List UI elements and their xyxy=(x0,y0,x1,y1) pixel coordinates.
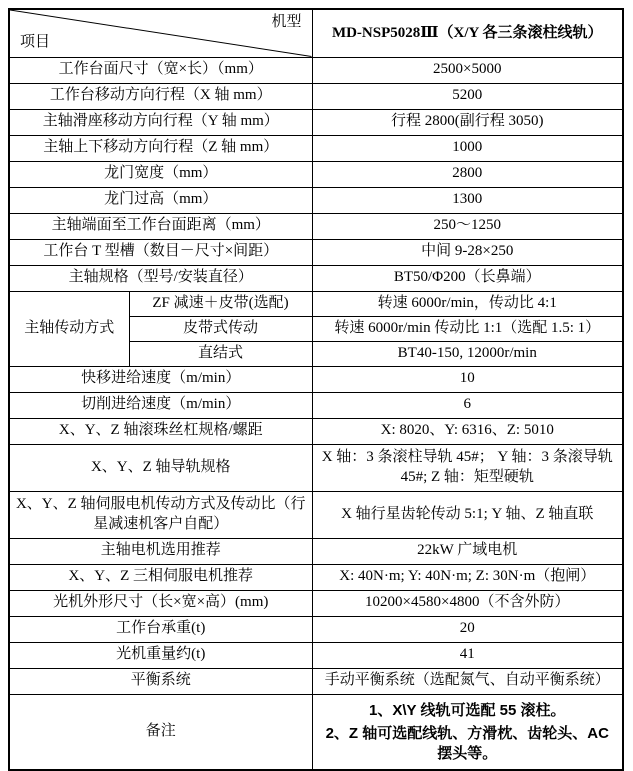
row-label: 工作台面尺寸（宽×长）（mm） xyxy=(9,57,312,83)
row-value: 250～1250 xyxy=(312,213,623,239)
note-line: 1、X\Y 线轨可选配 55 滚柱。 xyxy=(317,701,619,721)
drive-group-label: 主轴传动方式 xyxy=(9,291,129,366)
corner-header-cell: 机型 项目 xyxy=(9,9,312,57)
spec-sheet-page: 机型 项目 MD-NSP5028Ⅲ（X/Y 各三条滚柱线轨） 工作台面尺寸（宽×… xyxy=(0,0,633,749)
row-value: 行程 2800(副行程 3050) xyxy=(312,109,623,135)
row-value: 2500×5000 xyxy=(312,57,623,83)
row-label: 工作台承重(t) xyxy=(9,616,312,642)
row-value: 22kW 广域电机 xyxy=(312,538,623,564)
drive-sub-label: 直结式 xyxy=(129,341,312,366)
row-label: 工作台移动方向行程（X 轴 mm） xyxy=(9,83,312,109)
drive-sub-label: 皮带式传动 xyxy=(129,316,312,341)
corner-label-item: 项目 xyxy=(20,33,50,53)
row-label: X、Y、Z 三相伺服电机推荐 xyxy=(9,564,312,590)
table-row: X、Y、Z 轴导轨规格X 轴：3 条滚柱导轨 45#； Y 轴：3 条滚导轨 4… xyxy=(9,444,623,491)
row-label: 光机重量约(t) xyxy=(9,642,312,668)
row-label: 主轴上下移动方向行程（Z 轴 mm） xyxy=(9,135,312,161)
table-row: 工作台面尺寸（宽×长）（mm）2500×5000 xyxy=(9,57,623,83)
table-row: 工作台承重(t)20 xyxy=(9,616,623,642)
row-label: 主轴滑座移动方向行程（Y 轴 mm） xyxy=(9,109,312,135)
table-row: 主轴规格（型号/安装直径）BT50/Φ200（长鼻端） xyxy=(9,265,623,291)
table-row-notes: 备注 1、X\Y 线轨可选配 55 滚柱。 2、Z 轴可选配线轨、方滑枕、齿轮头… xyxy=(9,694,623,770)
row-value: X: 40N·m; Y: 40N·m; Z: 30N·m（抱闸） xyxy=(312,564,623,590)
row-label: 工作台 T 型槽（数目－尺寸×间距） xyxy=(9,239,312,265)
row-value: 2800 xyxy=(312,161,623,187)
row-label: 主轴规格（型号/安装直径） xyxy=(9,265,312,291)
table-row-drive-group: 主轴传动方式 ZF 减速＋皮带(选配) 转速 6000r/min，传动比 4:1 xyxy=(9,291,623,316)
row-label: 切削进给速度（m/min） xyxy=(9,392,312,418)
table-row: 龙门宽度（mm）2800 xyxy=(9,161,623,187)
row-label: 主轴端面至工作台面距离（mm） xyxy=(9,213,312,239)
table-row: 龙门过高（mm）1300 xyxy=(9,187,623,213)
table-row: 工作台 T 型槽（数目－尺寸×间距）中间 9-28×250 xyxy=(9,239,623,265)
row-value: 10200×4580×4800（不含外防） xyxy=(312,590,623,616)
table-row: 主轴电机选用推荐22kW 广域电机 xyxy=(9,538,623,564)
row-value: 20 xyxy=(312,616,623,642)
corner-label-machine-type: 机型 xyxy=(271,13,301,33)
table-row: 平衡系统手动平衡系统（选配氮气、自动平衡系统） xyxy=(9,668,623,694)
row-value: BT50/Φ200（长鼻端） xyxy=(312,265,623,291)
diagonal-divider-line xyxy=(10,10,312,57)
drive-sub-value: 转速 6000r/min 传动比 1:1（选配 1.5: 1） xyxy=(312,316,623,341)
table-row: 光机重量约(t)41 xyxy=(9,642,623,668)
table-row: X、Y、Z 三相伺服电机推荐X: 40N·m; Y: 40N·m; Z: 30N… xyxy=(9,564,623,590)
row-value: 41 xyxy=(312,642,623,668)
row-label: 龙门过高（mm） xyxy=(9,187,312,213)
table-row: X、Y、Z 轴伺服电机传动方式及传动比（行星减速机客户自配）X 轴行星齿轮传动 … xyxy=(9,491,623,538)
table-row: 切削进给速度（m/min）6 xyxy=(9,392,623,418)
row-value: X 轴行星齿轮传动 5:1; Y 轴、Z 轴直联 xyxy=(312,491,623,538)
row-value: 中间 9-28×250 xyxy=(312,239,623,265)
row-value: 5200 xyxy=(312,83,623,109)
row-label: X、Y、Z 轴导轨规格 xyxy=(9,444,312,491)
row-value: X: 8020、Y: 6316、Z: 5010 xyxy=(312,418,623,444)
row-value: 1000 xyxy=(312,135,623,161)
row-value: 手动平衡系统（选配氮气、自动平衡系统） xyxy=(312,668,623,694)
notes-value: 1、X\Y 线轨可选配 55 滚柱。 2、Z 轴可选配线轨、方滑枕、齿轮头、AC… xyxy=(312,694,623,770)
table-row: 快移进给速度（m/min）10 xyxy=(9,366,623,392)
row-label: 快移进给速度（m/min） xyxy=(9,366,312,392)
table-row: 光机外形尺寸（长×宽×高）(mm)10200×4580×4800（不含外防） xyxy=(9,590,623,616)
table-header-row: 机型 项目 MD-NSP5028Ⅲ（X/Y 各三条滚柱线轨） xyxy=(9,9,623,57)
row-value: 10 xyxy=(312,366,623,392)
row-label: 龙门宽度（mm） xyxy=(9,161,312,187)
row-label: 光机外形尺寸（长×宽×高）(mm) xyxy=(9,590,312,616)
row-value: 6 xyxy=(312,392,623,418)
table-row: 主轴端面至工作台面距离（mm）250～1250 xyxy=(9,213,623,239)
drive-sub-label: ZF 减速＋皮带(选配) xyxy=(129,291,312,316)
table-row: 主轴滑座移动方向行程（Y 轴 mm）行程 2800(副行程 3050) xyxy=(9,109,623,135)
row-value: X 轴：3 条滚柱导轨 45#； Y 轴：3 条滚导轨 45#; Z 轴：矩型硬… xyxy=(312,444,623,491)
row-label: X、Y、Z 轴滚珠丝杠规格/螺距 xyxy=(9,418,312,444)
drive-sub-value: BT40-150, 12000r/min xyxy=(312,341,623,366)
table-row: 工作台移动方向行程（X 轴 mm）5200 xyxy=(9,83,623,109)
spec-table: 机型 项目 MD-NSP5028Ⅲ（X/Y 各三条滚柱线轨） 工作台面尺寸（宽×… xyxy=(8,8,624,771)
drive-sub-value: 转速 6000r/min，传动比 4:1 xyxy=(312,291,623,316)
row-label: 平衡系统 xyxy=(9,668,312,694)
row-label: 主轴电机选用推荐 xyxy=(9,538,312,564)
table-row: 主轴上下移动方向行程（Z 轴 mm）1000 xyxy=(9,135,623,161)
note-line: 2、Z 轴可选配线轨、方滑枕、齿轮头、AC 摆头等。 xyxy=(317,724,619,763)
row-value: 1300 xyxy=(312,187,623,213)
table-row: X、Y、Z 轴滚珠丝杠规格/螺距X: 8020、Y: 6316、Z: 5010 xyxy=(9,418,623,444)
notes-label: 备注 xyxy=(9,694,312,770)
model-header: MD-NSP5028Ⅲ（X/Y 各三条滚柱线轨） xyxy=(312,9,623,57)
row-label: X、Y、Z 轴伺服电机传动方式及传动比（行星减速机客户自配） xyxy=(9,491,312,538)
